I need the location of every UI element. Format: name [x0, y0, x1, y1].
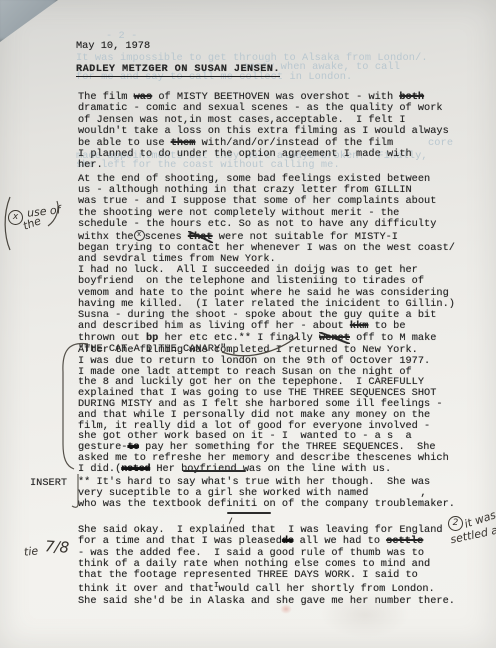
- typed-segment-xover: wenet: [319, 332, 350, 344]
- typed-line: who was the textbook definiti on of the …: [78, 499, 455, 510]
- paragraph-p1: The film was of MISTY BEETHOVEN was over…: [78, 92, 449, 172]
- typed-segment: her etc etc.** I finally: [158, 332, 319, 344]
- typed-segment-bold: bp: [146, 332, 158, 344]
- typed-segment: thrown out: [78, 332, 146, 344]
- typed-segment: that the footage represented THREE DAYS …: [78, 569, 418, 581]
- typed-segment: I planned to do under the option agreeme…: [78, 148, 412, 160]
- typed-segment: dramatic - comic and sexual scenes - as …: [78, 102, 443, 114]
- insert-label: INSERT: [30, 477, 67, 489]
- typed-segment-circx: x: [134, 230, 145, 241]
- typed-segment-strike: them: [171, 137, 196, 149]
- scanned-letter-page: - 2 -It was impossible to get through to…: [0, 0, 496, 648]
- separator-rule: [183, 470, 246, 472]
- handwritten-note: tie: [23, 544, 38, 558]
- handwritten-note: the: [21, 214, 42, 232]
- typed-segment: who was the textbook definiti on of the …: [78, 498, 455, 510]
- typed-segment: wouldn't take a loss on this extra filmi…: [78, 125, 449, 137]
- typed-segment: She said she'd be in Alaska and she gave…: [78, 595, 455, 607]
- typed-segment-blot: de: [282, 535, 294, 547]
- typed-line: She said she'd be in Alaska and she gave…: [78, 596, 455, 607]
- typed-segment: with/and/or/instead of the film: [195, 137, 393, 149]
- typed-segment: - was the added fee. I said a good rule …: [78, 547, 424, 559]
- typed-segment: schedule - the hours etc. So as not to h…: [78, 218, 436, 230]
- typed-segment: was true - and I suppose that some of he…: [78, 195, 436, 207]
- handwritten-note: 7/8: [44, 537, 69, 557]
- typed-segment-blot: noted: [121, 463, 150, 475]
- torn-corner-shadow: [0, 0, 58, 42]
- typed-segment: vemom and hate to the point where he sai…: [78, 287, 449, 299]
- typed-segment: all we had to: [293, 535, 386, 547]
- typed-line: her.: [78, 160, 449, 171]
- letter-title: RADLEY METZGER ON SUSAN JENSEN.: [76, 63, 280, 77]
- paragraph-p3: I had no luck. All I succeeded in doijg …: [78, 265, 455, 355]
- typed-segment: I did.(: [78, 463, 121, 475]
- typed-line: I did.(noted Her boyfriend was on the li…: [78, 464, 449, 475]
- typed-segment: and described him as living off her - ab…: [78, 320, 350, 332]
- paragraph-insert: ** It's hard to say what's true with her…: [78, 477, 455, 510]
- paragraph-p2: At the end of shooting, some bad feeling…: [78, 174, 455, 266]
- typed-segment: think it over and that: [78, 583, 214, 595]
- typed-line: think it over and thatIwould call her sh…: [78, 581, 455, 595]
- typed-segment-strike: settle: [386, 535, 423, 547]
- paragraph-p6: She said okay. I explained that I was le…: [78, 525, 455, 607]
- typed-segment: for a time and that I was pleased: [78, 535, 282, 547]
- typed-segment: her.: [78, 159, 103, 171]
- typed-segment: would call her shortly from London.: [218, 583, 434, 595]
- letter-date: May 10, 1978: [76, 40, 150, 52]
- typed-segment: the shooting were not completely without…: [78, 207, 399, 219]
- typed-line: I planned to do under the option agreeme…: [78, 149, 449, 160]
- typed-segment: to be: [368, 320, 405, 332]
- circled-mark: 2: [448, 516, 463, 531]
- typed-segment: off to M make: [350, 332, 437, 344]
- separator-rule: [227, 512, 271, 514]
- typed-line: that the footage represented THREE DAYS …: [78, 570, 455, 581]
- typed-segment: be able to use: [78, 137, 171, 149]
- typed-segment-strike: kkm: [350, 320, 369, 332]
- typed-segment: Her boyfriend was on the line with us.: [150, 463, 391, 475]
- typed-segment: boyfriend on the telephone and listeniin…: [78, 275, 424, 287]
- paragraph-p4: After the filming was completed I return…: [78, 345, 449, 475]
- margin-pen-stroke: [5, 197, 10, 250]
- typed-line: schedule - the hours etc. So as not to h…: [78, 219, 455, 230]
- typed-segment: of Jensen was not,in most cases,acceptab…: [78, 114, 406, 126]
- circled-mark: x: [8, 210, 23, 225]
